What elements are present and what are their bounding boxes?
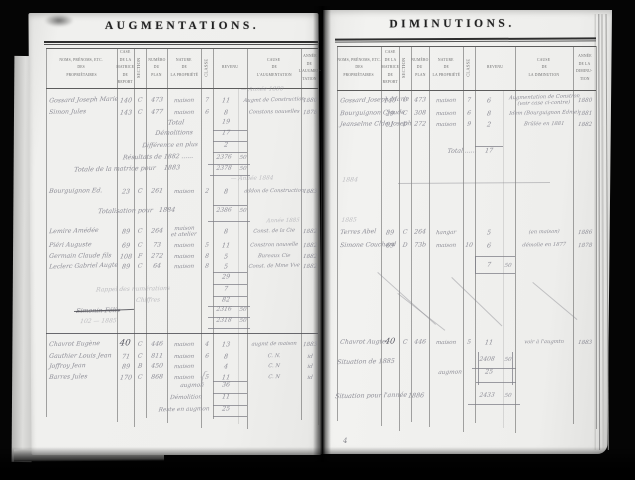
- header-label-line: DIMINU-: [576, 69, 592, 74]
- handwritten-note: Démolition: [170, 394, 203, 401]
- header-label-line: DES: [355, 66, 363, 71]
- ink-stroke: [398, 182, 550, 184]
- handwritten-cell-revenu: 8: [223, 109, 228, 116]
- handwritten-cell-noms: Chavrot Augte: [340, 339, 386, 346]
- handwritten-note: 19: [222, 119, 231, 126]
- ink-stroke: [213, 284, 247, 285]
- table-header-bottom-rule: [337, 90, 596, 91]
- handwritten-cell-section: C: [137, 354, 142, 361]
- header-label-line: DE: [307, 62, 312, 67]
- ink-stroke: [208, 328, 250, 329]
- handwritten-cell-cause: (en maison): [528, 230, 560, 237]
- handwritten-note: augmon: [438, 370, 462, 377]
- ink-stroke: [213, 205, 247, 206]
- handwritten-cell-cause: Augmt de Construction: [243, 97, 305, 104]
- ink-stroke: [451, 277, 502, 326]
- handwritten-cell-numero: 73: [152, 242, 161, 249]
- handwritten-note: 1886: [407, 392, 424, 399]
- handwritten-cell-cause: augmt de maison: [251, 341, 297, 348]
- handwritten-cell-numero: 811: [150, 354, 163, 361]
- header-col-classe: CLASSE: [201, 48, 213, 88]
- header-col-noms: NOMS, PRÉNOMS, ETC.DESPROPRIÉTAIRES: [337, 46, 381, 90]
- handwritten-note: 2433: [479, 393, 495, 400]
- handwritten-cell-numero: 446: [414, 340, 427, 347]
- ink-stroke: [475, 256, 515, 257]
- pencil-page-number: 4: [343, 437, 347, 445]
- handwritten-cell-revenu: 13: [221, 341, 230, 348]
- handwritten-note: Année 1885: [266, 218, 300, 225]
- header-col-revenu: REVENU: [213, 48, 247, 88]
- handwritten-cell-section: C: [402, 110, 407, 117]
- handwritten-cell-classe: 6: [205, 109, 210, 116]
- header-label-line: NATURE: [176, 58, 192, 63]
- ink-stroke: [475, 146, 503, 147]
- header-col-nature: NATUREDELA PROPRIÉTÉ: [429, 46, 463, 90]
- handwritten-note: 7: [487, 262, 492, 269]
- handwritten-note: 102 — 1885: [80, 318, 117, 325]
- handwritten-cell-case: 89: [121, 263, 130, 270]
- handwritten-cell-classe: 4: [205, 341, 210, 348]
- handwritten-cell-numero: 64: [152, 263, 161, 270]
- table-vline: [429, 46, 430, 427]
- handwritten-note: Totalisation pour 1884: [98, 207, 176, 216]
- handwritten-note: Situation de 1885: [337, 358, 396, 366]
- handwritten-cell-numero: 264: [414, 229, 427, 236]
- header-label-line: ANNÉE: [578, 54, 592, 59]
- header-label-line: DE LA: [579, 62, 591, 67]
- handwritten-cell-case: 23: [121, 188, 130, 195]
- handwritten-cell-revenu: 8: [223, 228, 228, 235]
- handwritten-note: 2: [224, 142, 229, 149]
- handwritten-note: 2378: [216, 166, 232, 173]
- handwritten-note: 2386: [216, 208, 232, 215]
- handwritten-cell-nature: maison: [174, 98, 195, 105]
- handwritten-cell-classe: 6: [467, 110, 472, 117]
- header-label-line: DU: [154, 66, 160, 71]
- table-content-layer: NOMS, PRÉNOMS, ETC.DESPROPRIÉTAIRESCASED…: [0, 0, 635, 480]
- header-col-cause: CAUSEDELA DIMINUTION: [515, 46, 573, 90]
- table-vline: [213, 48, 214, 419]
- handwritten-cell-revenu: 8: [486, 110, 491, 117]
- handwritten-note: 50: [239, 155, 247, 161]
- handwritten-cell-annee: id: [306, 374, 312, 380]
- header-label-line: CASE: [120, 51, 130, 56]
- header-label-line: SECTION: [402, 58, 408, 79]
- handwritten-cell-cause: C. N: [268, 364, 280, 370]
- handwritten-cell-revenu: 8: [223, 353, 228, 360]
- handwritten-cell-noms: Lemire Amédée: [49, 228, 99, 236]
- header-col-annee: ANNÉEDE LADIMINU-TION: [573, 46, 596, 90]
- header-label-line: DE: [387, 73, 392, 78]
- handwritten-note: 50: [504, 263, 512, 269]
- handwritten-cell-nature: maison: [173, 354, 194, 360]
- handwritten-cell-nature: maison: [174, 264, 195, 271]
- handwritten-note: Résultats de 1882 ......: [122, 154, 193, 162]
- handwritten-note: 40: [384, 337, 395, 346]
- header-label-line: DE LA: [384, 58, 396, 63]
- header-label-line: SECTION: [137, 58, 143, 79]
- handwritten-cell-case: 140: [384, 97, 397, 104]
- handwritten-note: 25: [485, 369, 494, 376]
- handwritten-cell-nature: maison et atelier: [170, 225, 197, 238]
- handwritten-cell-case: 170: [119, 374, 132, 381]
- header-label-line: L'AUGMENTATION: [256, 73, 291, 78]
- handwritten-cell-numero: 450: [150, 363, 163, 370]
- header-label-line: CAUSE: [267, 58, 280, 63]
- table-vline: [46, 48, 47, 417]
- handwritten-cell-section: C: [402, 340, 407, 347]
- handwritten-cell-cause: Idem (Bourguignon Edme): [509, 110, 580, 117]
- handwritten-cell-noms: Barres Jules: [49, 374, 88, 382]
- handwritten-cell-section: F: [137, 254, 142, 261]
- table-vline: [167, 48, 168, 423]
- ink-stroke: [46, 333, 318, 334]
- handwritten-note: 25: [222, 406, 231, 413]
- header-label-line: DES: [78, 66, 86, 71]
- header-label-line: MATRICE: [117, 66, 135, 71]
- handwritten-cell-numero: 272: [414, 122, 427, 129]
- handwritten-note: Totale de la matrice pour 1883: [74, 164, 181, 173]
- handwritten-note: 7: [224, 286, 229, 293]
- handwritten-cell-section: D: [402, 242, 408, 249]
- ink-stroke: [532, 282, 577, 320]
- handwritten-cell-revenu: 5: [223, 253, 228, 260]
- handwritten-cell-revenu: 11: [221, 97, 230, 104]
- handwritten-cell-annee: 1881: [577, 110, 592, 116]
- ink-stroke: [208, 317, 250, 318]
- handwritten-cell-cause: Const. de la Cie: [253, 229, 295, 236]
- handwritten-cell-cause: C. N: [268, 375, 280, 381]
- ink-stroke: [475, 273, 515, 274]
- handwritten-cell-revenu: 5: [223, 263, 228, 270]
- handwritten-cell-case: 108: [119, 253, 132, 260]
- handwritten-cell-classe: 2: [205, 189, 210, 196]
- handwritten-cell-nature: maison: [173, 374, 194, 381]
- handwritten-cell-case: 91: [385, 121, 394, 128]
- ledger-scan: AUGMENTATIONS. DIMINUTIONS. NOMS, PRÉNOM…: [0, 0, 635, 480]
- ink-stroke: [213, 405, 247, 406]
- handwritten-cell-annee: 1880: [577, 98, 592, 105]
- handwritten-cell-section: C: [402, 230, 407, 237]
- header-label-line: NOMS, PRÉNOMS, ETC.: [60, 58, 104, 63]
- header-label-line: MATRICE: [381, 66, 399, 71]
- ink-stroke: [468, 404, 520, 405]
- handwritten-cell-classe: 5: [467, 340, 472, 347]
- table-vline: [247, 48, 248, 429]
- header-label-line: CAUSE: [537, 58, 550, 63]
- handwritten-cell-case: 89: [121, 363, 130, 370]
- bottom-shadow: [0, 447, 635, 480]
- header-label-line: REVENU: [222, 66, 238, 71]
- handwritten-note: 1885: [341, 218, 357, 225]
- header-col-classe: CLASSE: [463, 46, 475, 90]
- table-vline: [238, 88, 239, 424]
- handwritten-cell-noms: Gossard Joseph Marie: [49, 97, 119, 106]
- table-vline: [463, 46, 464, 432]
- handwritten-cell-case: 89: [386, 229, 395, 236]
- header-col-cause: CAUSEDEL'AUGMENTATION: [247, 48, 301, 88]
- handwritten-cell-noms: Chavrot Eugène: [49, 341, 101, 349]
- handwritten-cell-classe: 9: [467, 122, 472, 129]
- header-label-line: LA PROPRIÉTÉ: [432, 73, 460, 78]
- handwritten-note: — Année 1880: [240, 86, 284, 93]
- handwritten-cell-annee: 1886: [577, 230, 592, 237]
- handwritten-note: 50: [239, 166, 247, 172]
- handwritten-cell-classe: 10: [465, 242, 473, 249]
- handwritten-cell-numero: 272: [150, 254, 163, 261]
- handwritten-cell-revenu: 5: [487, 229, 492, 236]
- ink-stroke: [213, 141, 247, 142]
- handwritten-note: 50: [239, 307, 247, 313]
- handwritten-cell-case: 69: [386, 242, 395, 249]
- handwritten-cell-annee: 1882: [302, 254, 317, 260]
- ink-stroke: [213, 152, 247, 153]
- handwritten-cell-nature: maison: [435, 122, 456, 128]
- handwritten-cell-annee: 1882: [302, 242, 317, 248]
- handwritten-cell-classe: 7: [467, 98, 472, 105]
- ink-stroke: [472, 368, 516, 369]
- handwritten-cell-revenu: 6: [487, 97, 492, 104]
- handwritten-cell-numero: 473: [150, 97, 163, 104]
- handwritten-note: 2316: [216, 307, 232, 314]
- header-label-line: NATURE: [438, 58, 454, 63]
- table-vline: [475, 46, 476, 423]
- header-label-line: TION: [580, 77, 590, 82]
- header-label-line: L'AUGMEN-: [298, 69, 320, 74]
- handwritten-cell-revenu: 6: [486, 242, 491, 249]
- header-col-section: SECTION: [134, 48, 146, 88]
- handwritten-cell-annee: id: [306, 364, 312, 370]
- handwritten-cell-nature: hangar: [436, 230, 457, 237]
- handwritten-cell-cause: Constons nouvelles: [248, 109, 299, 116]
- header-label-line: PROPRIÉTAIRES: [344, 73, 374, 78]
- handwritten-cell-revenu: 11: [221, 242, 230, 249]
- handwritten-cell-classe: 6: [205, 354, 210, 361]
- handwritten-cell-nature: maison: [435, 340, 456, 346]
- header-col-revenu: REVENU: [475, 46, 515, 90]
- header-label-line: LA DIMINUTION: [529, 73, 560, 78]
- handwritten-cell-cause: Const. de Mme Vve: [248, 263, 300, 270]
- ink-stroke: [213, 272, 247, 273]
- handwritten-cell-annee: 1882: [302, 229, 317, 236]
- handwritten-cell-noms: Terres Abel: [340, 229, 377, 237]
- header-label-line: DE: [181, 66, 186, 71]
- handwritten-cell-nature: maison: [435, 242, 456, 249]
- handwritten-note: augmon: [180, 383, 204, 390]
- table-vline: [596, 46, 597, 429]
- header-label-line: REVENU: [487, 66, 503, 71]
- ink-stroke: [210, 175, 250, 176]
- handwritten-cell-section: B: [137, 364, 142, 371]
- handwritten-cell-cause: C. N.: [267, 354, 281, 360]
- handwritten-cell-nature: maison: [173, 242, 194, 249]
- handwritten-cell-numero: 73b: [414, 242, 427, 249]
- handwritten-cell-nature: maison: [173, 254, 194, 260]
- handwritten-cell-annee: 1878: [577, 242, 592, 248]
- handwritten-cell-numero: 264: [150, 228, 163, 235]
- header-label-line: ANNÉE: [303, 54, 317, 59]
- handwritten-cell-revenu: 4: [223, 363, 228, 370]
- handwritten-note: Total ......: [447, 148, 477, 155]
- header-label-line: TATION: [302, 77, 316, 82]
- header-col-case: CASEDE LAMATRICEDEREPORT: [381, 46, 399, 90]
- handwritten-note: 2318: [216, 318, 232, 325]
- header-col-annee: ANNÉEDEL'AUGMEN-TATION: [301, 48, 318, 88]
- handwritten-note: Total: [167, 119, 184, 127]
- handwritten-cell-classe: 8: [205, 254, 210, 261]
- handwritten-cell-revenu: 2: [486, 121, 491, 128]
- handwritten-cell-cause: Constron nouvelle: [250, 242, 299, 249]
- ink-stroke: [208, 306, 250, 307]
- handwritten-cell-section: C: [137, 242, 142, 249]
- header-label-line: NOMS, PRÉNOMS, ETC.: [337, 58, 381, 63]
- handwritten-cell-numero: 308: [414, 110, 427, 117]
- handwritten-cell-classe: 5: [205, 242, 210, 249]
- handwritten-cell-nature: maison: [174, 364, 195, 371]
- handwritten-note: 40: [119, 339, 131, 349]
- header-label-line: LA PROPRIÉTÉ: [170, 73, 198, 78]
- handwritten-cell-section: C: [137, 98, 142, 105]
- ink-stroke: [213, 130, 247, 131]
- handwritten-cell-nature: maison: [435, 110, 456, 117]
- handwritten-cell-cause: voir à l'augmtn: [524, 340, 565, 346]
- header-label-line: DE LA: [120, 58, 132, 63]
- handwritten-note: Démolitions: [155, 130, 193, 138]
- handwritten-cell-annee: 1883: [302, 189, 317, 195]
- handwritten-cell-case: 89: [121, 228, 130, 235]
- header-label-line: DE: [541, 66, 546, 71]
- header-col-case: CASEDE LAMATRICEDEREPORT: [117, 48, 134, 88]
- handwritten-cell-annee: 1883: [577, 340, 592, 346]
- handwritten-cell-section: C: [137, 229, 142, 236]
- ink-stroke: [213, 393, 247, 394]
- handwritten-cell-section: C: [402, 98, 407, 105]
- ink-stroke: [213, 296, 247, 297]
- ink-stroke: [213, 416, 247, 417]
- ink-stroke: [476, 382, 516, 383]
- handwritten-note: — Année 1884: [230, 175, 274, 182]
- handwritten-cell-noms: Joffroy Jean: [49, 363, 86, 371]
- handwritten-note: 36: [222, 382, 231, 389]
- ink-stroke: [397, 293, 445, 331]
- header-label-line: CASE: [385, 51, 395, 56]
- handwritten-cell-noms: Leclerc Gabriel Augte: [49, 263, 119, 272]
- handwritten-note: Rappel des numérations: [96, 286, 171, 294]
- handwritten-note: 11: [222, 394, 231, 401]
- header-label-line: CLASSE: [466, 59, 472, 77]
- table-vline: [399, 46, 400, 431]
- handwritten-cell-classe: 8: [205, 264, 210, 271]
- handwritten-cell-nature: maison: [173, 341, 194, 348]
- handwritten-note: 17: [485, 148, 494, 155]
- handwritten-cell-annee: id: [306, 354, 312, 360]
- handwritten-note: Situation pour l'année: [335, 392, 408, 401]
- header-col-numero: NUMÉRODUPLAN: [146, 48, 167, 88]
- handwritten-cell-case: 29: [386, 110, 395, 117]
- handwritten-cell-section: C: [137, 189, 142, 196]
- header-label-line: DU: [417, 66, 423, 71]
- handwritten-note: 50: [239, 208, 247, 214]
- handwritten-cell-numero: 261: [150, 189, 163, 196]
- handwritten-cell-numero: 473: [414, 97, 427, 104]
- header-label-line: PLAN: [415, 73, 425, 78]
- handwritten-note: 1884: [342, 177, 359, 184]
- handwritten-note: Différence en plus: [142, 142, 198, 150]
- header-label-line: DE: [443, 66, 448, 71]
- table-vline: [318, 48, 319, 425]
- handwritten-cell-section: D: [402, 122, 408, 129]
- handwritten-cell-cause: addon de Construction: [244, 189, 305, 195]
- handwritten-cell-classe: 7: [205, 98, 210, 105]
- handwritten-cell-case: 71: [121, 353, 130, 360]
- header-label-line: DE: [271, 66, 276, 71]
- handwritten-cell-noms: Bourguignon Claude: [340, 109, 406, 117]
- handwritten-cell-section: C: [137, 374, 142, 381]
- handwritten-cell-cause: démolie en 1877: [522, 242, 566, 249]
- handwritten-note: Reste en augmon: [158, 406, 210, 413]
- handwritten-cell-nature: maison: [173, 109, 194, 116]
- header-label-line: REPORT: [382, 81, 397, 86]
- handwritten-note: 2376: [216, 155, 232, 162]
- handwritten-cell-case: 143: [119, 109, 132, 116]
- handwritten-cell-numero: 446: [150, 341, 163, 348]
- ink-stroke: [208, 164, 250, 165]
- header-label-line: NUMÉRO: [148, 58, 165, 63]
- handwritten-note: 50: [239, 318, 247, 324]
- handwritten-cell-section: C: [137, 109, 142, 116]
- handwritten-cell-revenu: 11: [484, 339, 493, 346]
- handwritten-cell-noms: Piéri Auguste: [49, 242, 92, 250]
- ink-stroke: [213, 381, 247, 382]
- header-label-line: PROPRIÉTAIRES: [66, 73, 96, 78]
- header-col-section: SECTION: [399, 46, 411, 90]
- handwritten-cell-nature: maison: [436, 98, 457, 105]
- handwritten-cell-noms: Germain Claude fils: [49, 253, 112, 260]
- handwritten-cell-annee: 1882: [577, 122, 592, 128]
- header-label-line: REPORT: [118, 81, 133, 86]
- handwritten-cell-case: 69: [121, 242, 130, 249]
- handwritten-cell-numero: 477: [150, 109, 163, 116]
- handwritten-note: Chiffres: [136, 297, 161, 304]
- table-vline: [146, 48, 147, 418]
- handwritten-cell-nature: maison: [173, 189, 194, 195]
- handwritten-cell-section: C: [137, 341, 142, 348]
- header-label-line: PLAN: [151, 73, 161, 78]
- handwritten-cell-annee: 1883: [302, 341, 317, 347]
- handwritten-cell-annee: 1878: [302, 109, 317, 115]
- handwritten-note: 2408: [479, 357, 495, 364]
- table-vline: [117, 48, 118, 422]
- handwritten-cell-cause: Brûlée en 1881: [523, 122, 564, 128]
- header-col-numero: NUMÉRODUPLAN: [411, 46, 429, 90]
- table-vline: [411, 46, 412, 422]
- ink-stroke: [208, 221, 250, 222]
- table-vline: [503, 90, 504, 428]
- handwritten-cell-cause: Augmentation de Constron (voir case ci-c…: [508, 94, 580, 107]
- handwritten-note: 50: [504, 357, 512, 363]
- header-label-line: NUMÉRO: [411, 58, 428, 63]
- handwritten-cell-noms: Bourguignon Ed.: [49, 188, 103, 195]
- handwritten-note: 82: [222, 297, 231, 304]
- handwritten-cell-noms: Simon Jules: [49, 109, 87, 117]
- handwritten-note: 17: [222, 130, 231, 137]
- handwritten-note: 50: [504, 393, 512, 399]
- header-label-line: CLASSE: [204, 59, 210, 77]
- header-label-line: DE: [123, 73, 128, 78]
- handwritten-cell-noms: Jeanselme Clde Joseph: [340, 121, 412, 129]
- handwritten-cell-numero: 868: [150, 374, 163, 381]
- table-vline: [134, 48, 135, 427]
